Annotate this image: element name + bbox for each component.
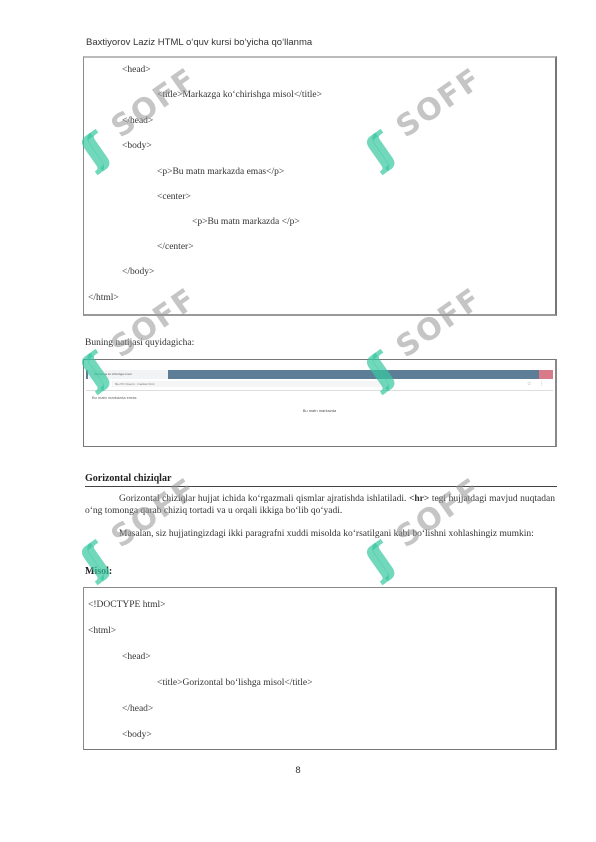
browser-address-bar: file:///C:/Users/.../markaz.html ☆ ⋮ <box>86 379 553 391</box>
code-line: <head> <box>122 652 151 662</box>
code-block-hr-example: <!DOCTYPE html> <html> <head> <title>Gor… <box>83 587 557 750</box>
para-text: Masalan, siz hujjatingizdagi ikki paragr… <box>119 529 534 539</box>
paragraph-example-intro: Masalan, siz hujjatingizdagi ikki paragr… <box>85 528 555 540</box>
rendered-text-left: Bu matn markazda emas <box>92 395 136 400</box>
code-line: <body> <box>122 141 152 151</box>
code-line: <p>Bu matn markazda </p> <box>192 217 300 227</box>
code-line: <center> <box>157 192 191 202</box>
code-line: </head> <box>122 704 153 714</box>
section-heading: Gorizontal chiziqlar <box>85 473 557 487</box>
code-block-center-example: <head> <title>Markazga ko‘chirishga miso… <box>83 56 557 316</box>
page-number: 8 <box>0 765 596 776</box>
code-line: <title>Gorizontal bo‘lishga misol</title… <box>157 678 312 688</box>
browser-toolbar-icons: ☆ ⋮ <box>527 381 547 387</box>
browser-screenshot-figure: Markazga ko‘chirishga misol file:///C:/U… <box>83 359 557 447</box>
code-line: <p>Bu matn markazda emas</p> <box>157 167 284 177</box>
para-text: Gorizontal chiziqlar hujjat ichida ko‘rg… <box>119 494 409 504</box>
code-line: <title>Markazga ko‘chirishga misol</titl… <box>157 90 322 100</box>
result-label: Buning natijasi quyidagicha: <box>85 338 194 348</box>
code-line: <body> <box>122 730 152 740</box>
code-line: <head> <box>122 65 151 75</box>
browser-tab-bar: Markazga ko‘chirishga misol <box>86 370 553 379</box>
code-line: </html> <box>88 293 119 303</box>
paragraph-hr-intro: Gorizontal chiziqlar hujjat ichida ko‘rg… <box>85 493 555 517</box>
hr-tag-label: <hr> <box>409 494 429 504</box>
browser-tab: Markazga ko‘chirishga misol <box>88 370 168 379</box>
code-line: </center> <box>157 242 194 252</box>
running-header: Baxtiyorov Laziz HTML o‘quv kursi bo‘yic… <box>86 37 312 48</box>
code-line: <html> <box>88 626 116 636</box>
watermark-mark-icon: ʃʃ <box>358 540 395 585</box>
browser-url: file:///C:/Users/.../markaz.html <box>112 381 385 387</box>
example-label: Misol: <box>85 566 112 577</box>
window-close-icon <box>539 370 553 379</box>
code-line: </head> <box>122 116 153 126</box>
code-line: <!DOCTYPE html> <box>88 600 165 610</box>
watermark-mark-icon: ʃʃ <box>73 540 110 585</box>
rendered-text-center: Bu matn markazda <box>84 408 555 413</box>
code-line: </body> <box>122 267 154 277</box>
